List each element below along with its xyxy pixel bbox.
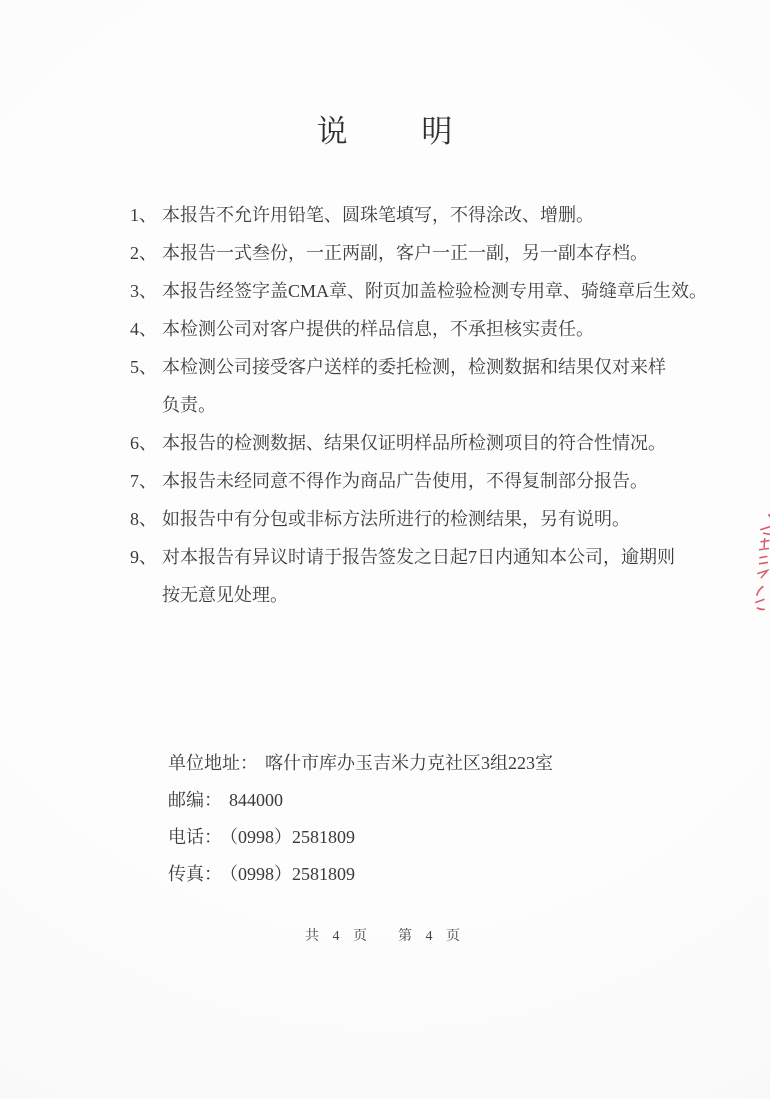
note-item: 7、本报告未经同意不得作为商品广告使用，不得复制部分报告。	[130, 462, 740, 500]
note-number: 9、	[130, 538, 162, 614]
note-item: 3、本报告经签字盖CMA章、附页加盖检验检测专用章、骑缝章后生效。	[130, 272, 740, 310]
page-footer: 共 4 页 第 4 页	[0, 925, 770, 945]
contact-row: 邮编：844000	[168, 782, 553, 819]
page-current-label: 第 4 页	[398, 925, 465, 945]
note-number: 7、	[130, 462, 162, 500]
contact-block: 单位地址：喀什市库办玉吉米力克社区3组223室邮编：844000电话：（0998…	[168, 745, 553, 893]
contact-row: 电话：（0998）2581809	[168, 819, 553, 856]
contact-row: 单位地址：喀什市库办玉吉米力克社区3组223室	[168, 745, 553, 782]
notes-list: 1、本报告不允许用铅笔、圆珠笔填写，不得涂改、增删。2、本报告一式叁份，一正两副…	[130, 196, 740, 614]
note-text: 如报告中有分包或非标方法所进行的检测结果，另有说明。	[162, 500, 740, 538]
note-text: 本报告一式叁份，一正两副，客户一正一副，另一副本存档。	[162, 234, 740, 272]
contact-value: 喀什市库办玉吉米力克社区3组223室	[265, 753, 553, 773]
note-item: 8、如报告中有分包或非标方法所进行的检测结果，另有说明。	[130, 500, 740, 538]
contact-label: 传真：	[168, 864, 222, 884]
note-line: 本报告经签字盖CMA章、附页加盖检验检测专用章、骑缝章后生效。	[162, 272, 740, 310]
pages-total-label: 共 4 页	[305, 925, 372, 945]
seal-stroke	[760, 526, 770, 535]
note-number: 8、	[130, 500, 162, 538]
note-number: 1、	[130, 196, 162, 234]
note-number: 3、	[130, 272, 162, 310]
note-text: 对本报告有异议时请于报告签发之日起7日内通知本公司，逾期则按无意见处理。	[162, 538, 740, 614]
contact-label: 邮编：	[168, 790, 222, 810]
seal-stroke	[757, 586, 764, 596]
seal-stroke	[759, 538, 770, 551]
note-number: 4、	[130, 310, 162, 348]
note-item: 5、本检测公司接受客户送样的委托检测，检测数据和结果仅对来样负责。	[130, 348, 740, 424]
seal-stroke	[757, 570, 768, 579]
note-item: 6、本报告的检测数据、结果仅证明样品所检测项目的符合性情况。	[130, 424, 740, 462]
contact-label: 单位地址：	[168, 753, 258, 773]
note-line: 本检测公司接受客户送样的委托检测，检测数据和结果仅对来样	[162, 348, 740, 386]
note-line: 负责。	[162, 386, 740, 424]
note-line: 本检测公司对客户提供的样品信息，不承担核实责任。	[162, 310, 740, 348]
contact-value: 844000	[229, 790, 283, 810]
document-page: 说 明 1、本报告不允许用铅笔、圆珠笔填写，不得涂改、增删。2、本报告一式叁份，…	[0, 0, 770, 1099]
contact-row: 传真：（0998）2581809	[168, 856, 553, 893]
note-item: 2、本报告一式叁份，一正两副，客户一正一副，另一副本存档。	[130, 234, 740, 272]
note-line: 本报告一式叁份，一正两副，客户一正一副，另一副本存档。	[162, 234, 740, 272]
seal-stroke	[755, 599, 766, 610]
note-text: 本报告经签字盖CMA章、附页加盖检验检测专用章、骑缝章后生效。	[162, 272, 740, 310]
note-item: 9、对本报告有异议时请于报告签发之日起7日内通知本公司，逾期则按无意见处理。	[130, 538, 740, 614]
note-item: 4、本检测公司对客户提供的样品信息，不承担核实责任。	[130, 310, 740, 348]
note-text: 本检测公司接受客户送样的委托检测，检测数据和结果仅对来样负责。	[162, 348, 740, 424]
note-line: 按无意见处理。	[162, 576, 740, 614]
contact-value: （0998）2581809	[229, 864, 355, 884]
note-line: 如报告中有分包或非标方法所进行的检测结果，另有说明。	[162, 500, 740, 538]
note-number: 5、	[130, 348, 162, 424]
note-line: 对本报告有异议时请于报告签发之日起7日内通知本公司，逾期则	[162, 538, 740, 576]
note-number: 6、	[130, 424, 162, 462]
seal-stroke	[759, 556, 769, 565]
note-line: 本报告未经同意不得作为商品广告使用，不得复制部分报告。	[162, 462, 740, 500]
page-title: 说 明	[0, 106, 770, 151]
note-line: 本报告不允许用铅笔、圆珠笔填写，不得涂改、增删。	[162, 196, 740, 234]
contact-value: （0998）2581809	[229, 827, 355, 847]
contact-label: 电话：	[168, 827, 222, 847]
note-text: 本检测公司对客户提供的样品信息，不承担核实责任。	[162, 310, 740, 348]
note-text: 本报告的检测数据、结果仅证明样品所检测项目的符合性情况。	[162, 424, 740, 462]
seal-edge-fragment	[750, 511, 770, 616]
note-line: 本报告的检测数据、结果仅证明样品所检测项目的符合性情况。	[162, 424, 740, 462]
note-item: 1、本报告不允许用铅笔、圆珠笔填写，不得涂改、增删。	[130, 196, 740, 234]
note-number: 2、	[130, 234, 162, 272]
note-text: 本报告不允许用铅笔、圆珠笔填写，不得涂改、增删。	[162, 196, 740, 234]
note-text: 本报告未经同意不得作为商品广告使用，不得复制部分报告。	[162, 462, 740, 500]
